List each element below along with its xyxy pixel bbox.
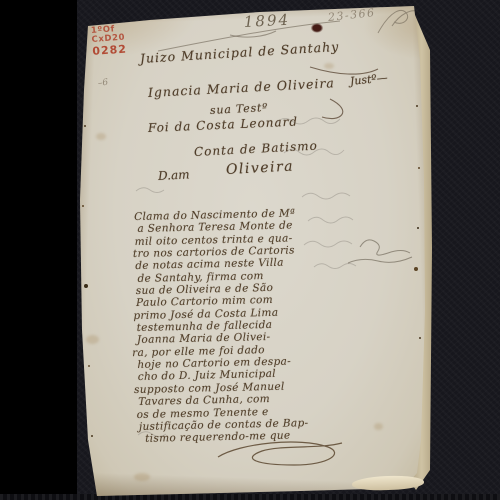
folio-number-annotation: 23-366 — [327, 6, 376, 24]
foxing-stain — [134, 473, 150, 481]
archive-stamp: FJJ1ºOfCxD200282 — [90, 15, 127, 58]
petitioner-name-line: Ignacia Maria de Oliveira — [148, 75, 336, 100]
rubric-flourish — [378, 10, 418, 33]
document-page: FJJ1ºOfCxD200282 1894 23-366 –6 Juizo Mu… — [78, 5, 426, 497]
table-surface-bottom — [0, 494, 500, 500]
clerk-name-line: Foi da Costa Leonard — [148, 114, 299, 135]
header-subline: sua Testº — [210, 101, 269, 117]
body-paragraph: Clama do Nascimento de Mªa Senhora Teres… — [134, 205, 389, 445]
court-title-line: Juizo Municipal de Santahy — [140, 39, 340, 66]
photo-background: FJJ1ºOfCxD200282 1894 23-366 –6 Juizo Mu… — [0, 0, 500, 500]
dam-abbreviation: D.am — [158, 167, 190, 183]
petitioner-line-swash — [322, 99, 343, 119]
edge-foxing-specks-left — [84, 125, 86, 127]
foxing-stain — [96, 133, 106, 140]
archive-stamp-line: 0282 — [92, 43, 127, 57]
surname-line: Oliveira — [226, 158, 295, 178]
year-annotation: 1894 — [225, 10, 310, 32]
black-left-band — [0, 0, 77, 500]
subject-line: Conta de Batismo — [194, 139, 318, 159]
signature-flourish — [218, 442, 342, 465]
edge-foxing-specks-right — [416, 105, 418, 107]
foxing-stain — [324, 63, 334, 69]
foxing-stain — [86, 335, 99, 344]
margin-mark: –6 — [97, 78, 109, 89]
side-note-justification: Justº— — [349, 71, 388, 88]
